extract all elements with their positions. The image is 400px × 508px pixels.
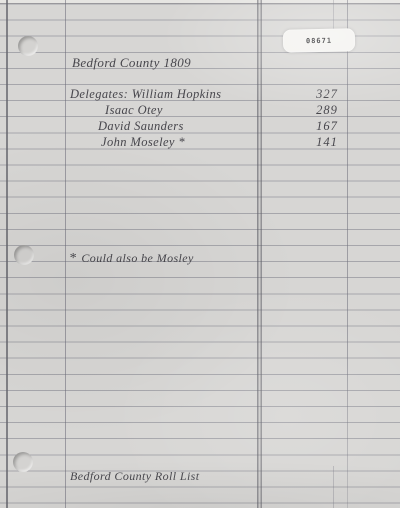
delegate-row: Isaac Otey	[105, 103, 163, 118]
ruled-lines	[0, 0, 400, 508]
faint-crease-bottom	[333, 466, 334, 508]
left-edge-line	[6, 0, 8, 508]
delegate-row: John Moseley *	[101, 135, 185, 150]
footer-caption: Bedford County Roll List	[70, 469, 200, 484]
delegate-name: William Hopkins	[132, 87, 222, 101]
footnote-text: Could also be Mosley	[81, 251, 193, 265]
right-rule-line	[347, 0, 348, 508]
vote-count: 289	[310, 103, 344, 118]
vertical-crease-line	[257, 0, 262, 508]
delegate-name: John Moseley *	[101, 135, 185, 149]
asterisk-mark: *	[69, 251, 76, 266]
hole-punch-top	[18, 36, 38, 56]
left-margin-line	[65, 0, 66, 508]
vote-count: 167	[310, 119, 344, 134]
sticker-number: 08671	[306, 36, 332, 45]
delegate-name: David Saunders	[98, 119, 184, 133]
hole-punch-bottom	[13, 452, 33, 472]
vote-count: 327	[310, 87, 344, 102]
delegate-row: Delegates: William Hopkins	[70, 87, 221, 102]
footnote: *Could also be Mosley	[69, 251, 194, 267]
paper-top-edge	[0, 0, 400, 4]
delegate-name: Isaac Otey	[105, 103, 163, 117]
archive-id-sticker: 08671	[283, 28, 355, 53]
delegates-label: Delegates:	[70, 87, 128, 101]
document-title: Bedford County 1809	[72, 55, 191, 71]
delegate-row: David Saunders	[98, 119, 184, 134]
scanned-ledger-page: 08671 Bedford County 1809 Delegates: Wil…	[0, 0, 400, 508]
vote-count: 141	[310, 135, 344, 150]
hole-punch-middle	[14, 245, 34, 265]
